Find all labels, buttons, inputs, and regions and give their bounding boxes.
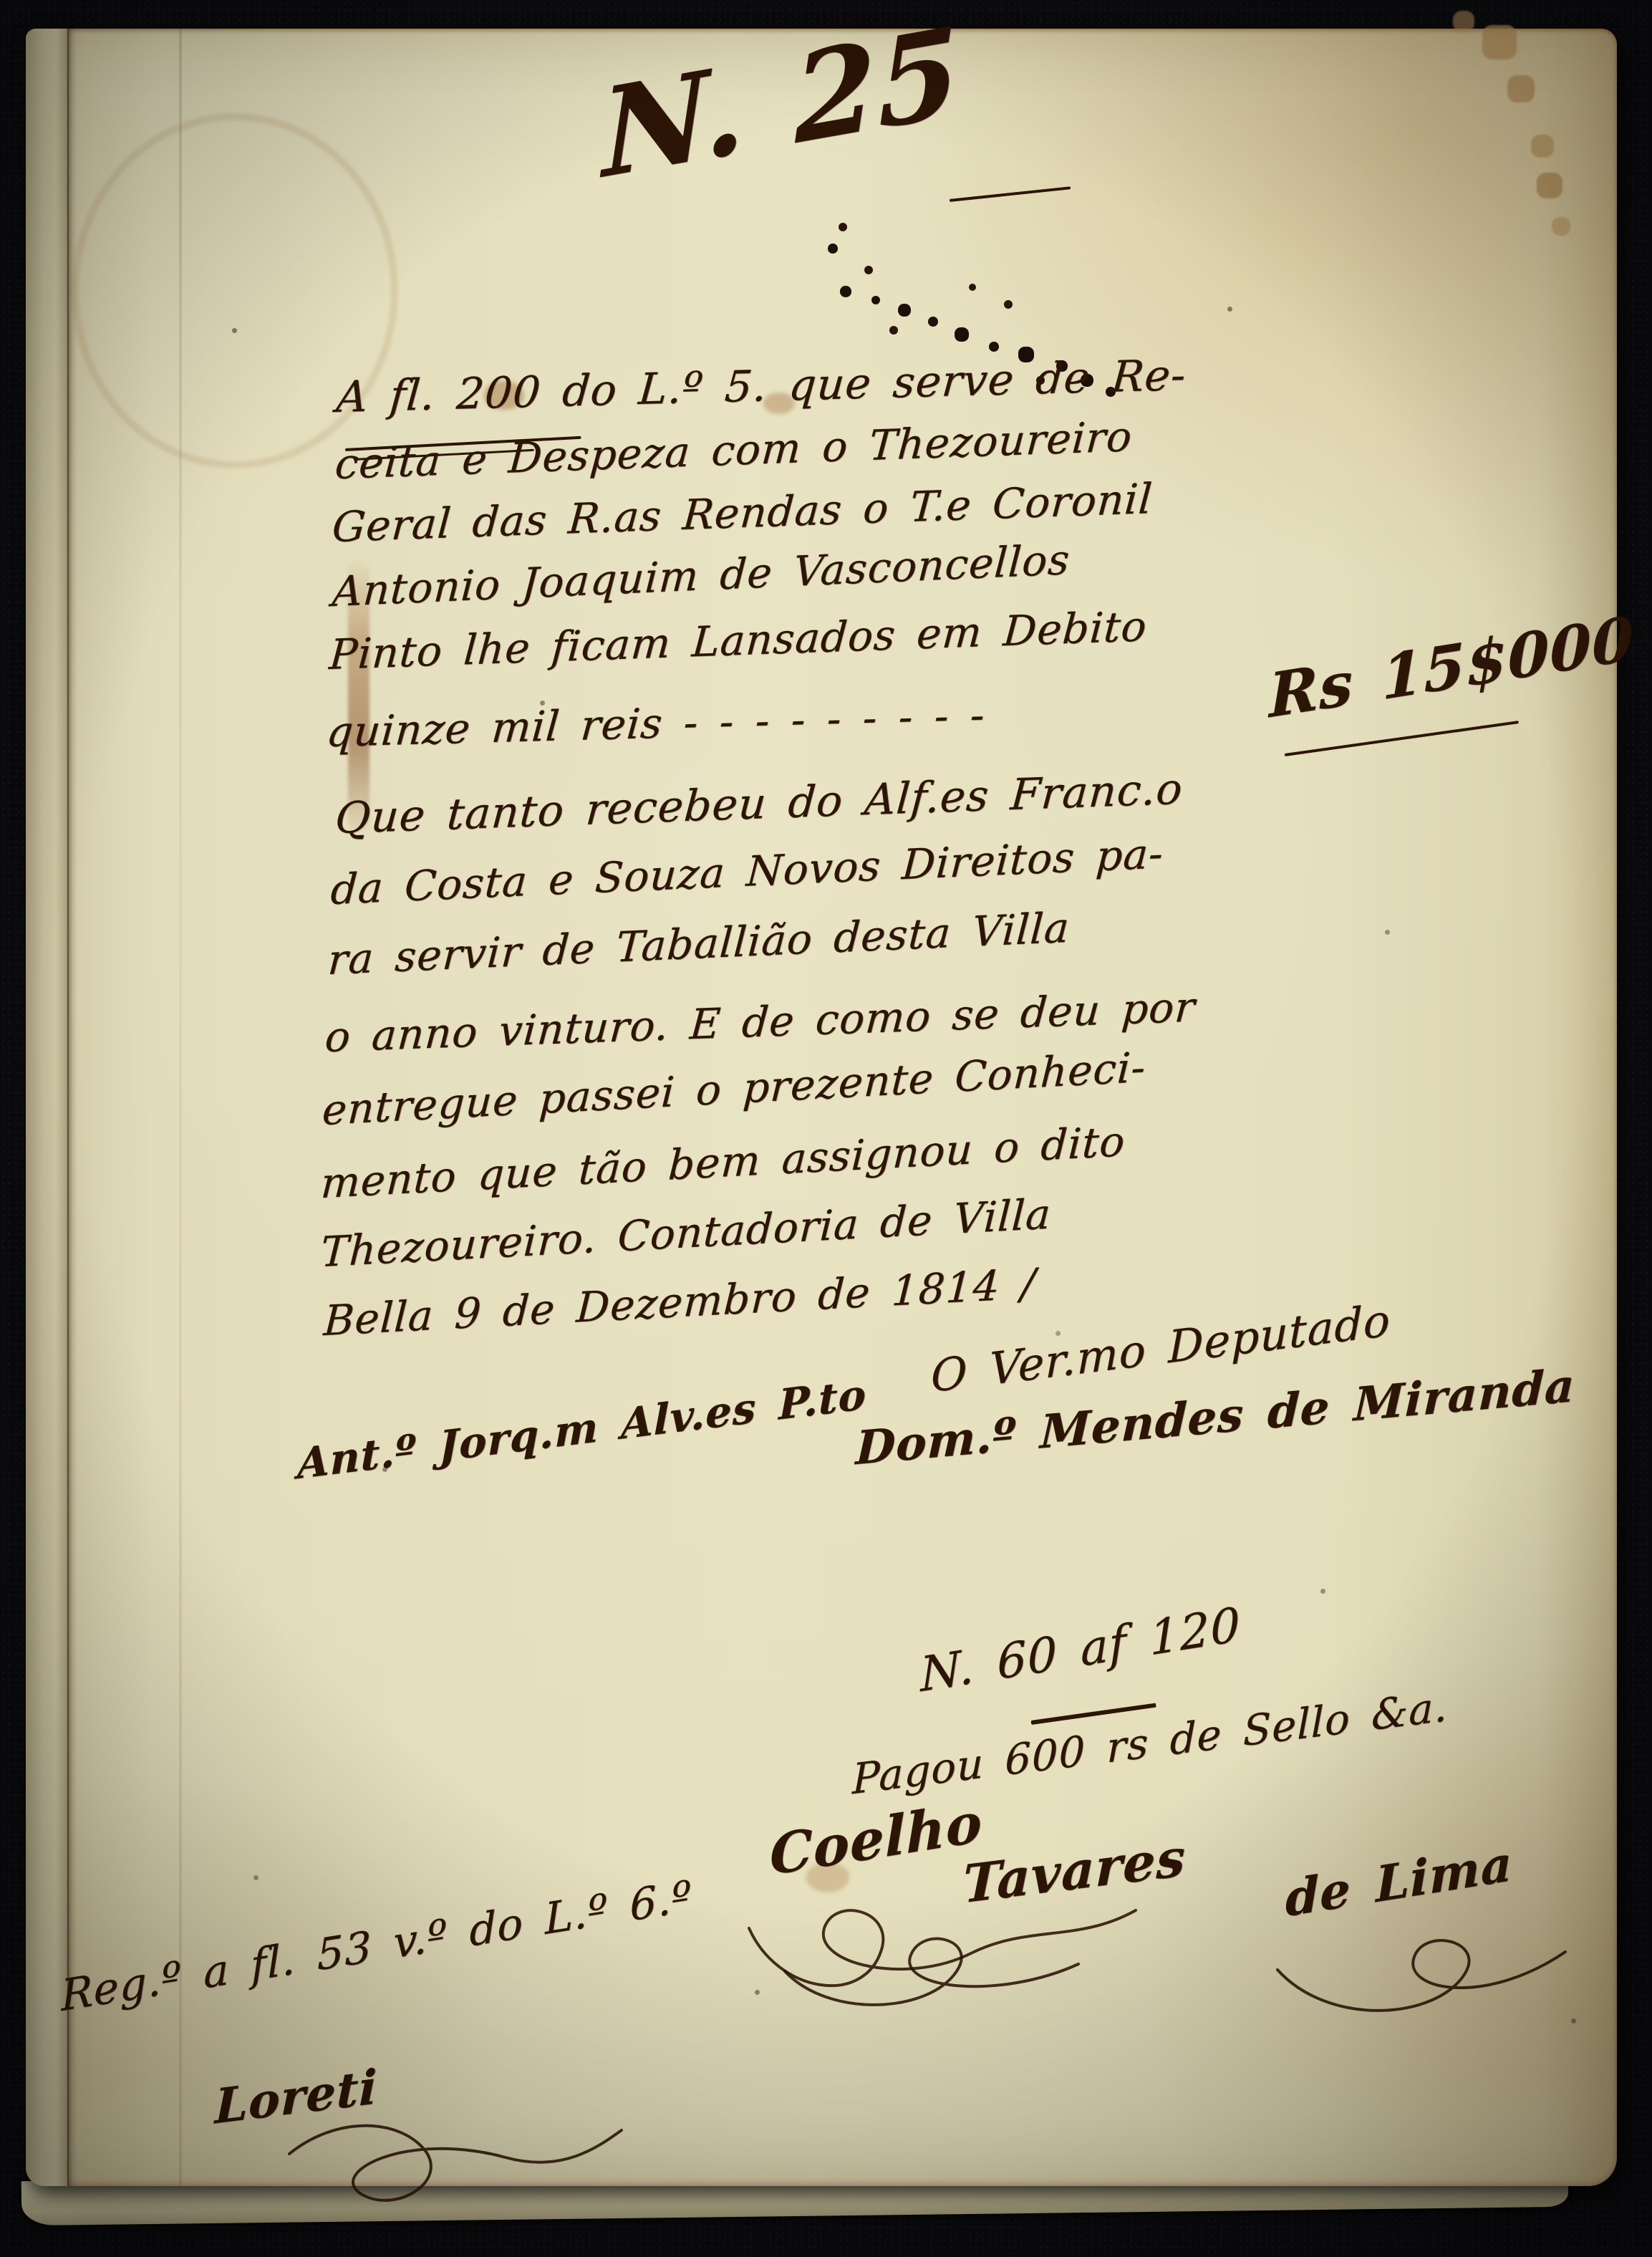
wormhole-stains	[1451, 29, 1457, 34]
manuscript-line: Bella 9 de Dezembro de 1814 /	[322, 1259, 1037, 1345]
signature-delima: de Lima	[1285, 1834, 1513, 1928]
registry-line: Reg.º a fl. 53 v.º do L.º 6.º	[60, 1871, 693, 2021]
left-fold-edge	[26, 29, 69, 2186]
fold-crease-line	[67, 29, 77, 2186]
manuscript-line: ra servir de Taballião desta Villa	[327, 903, 1071, 984]
amount-underline	[1285, 721, 1519, 756]
signature-flourish	[742, 1885, 1143, 2029]
manuscript-line: ceita e Despeza com o Thezoureiro	[334, 412, 1134, 489]
signature-coelho: Coelho	[769, 1790, 982, 1888]
ink-splatter	[823, 276, 828, 281]
amount-reis: Rs 15$000	[1268, 602, 1634, 732]
manuscript-line: da Costa e Souza Novos Direitos pa-	[329, 829, 1165, 914]
header-flourish-line	[950, 186, 1071, 202]
stamp-number-line: N. 60 af 120	[919, 1597, 1242, 1703]
signature-flourish	[284, 2114, 627, 2222]
manuscript-line: quinze mil reis - - - - - - - - -	[324, 690, 987, 756]
signature-left: Ant.º Jorq.m Alv.es P.to	[297, 1370, 866, 1488]
photo-background: N. 25 A fl. 200 do L.º 5. que serve de R…	[0, 0, 1652, 2257]
document-number: N. 25	[599, 0, 963, 206]
paper-specks	[169, 244, 171, 246]
manuscript-line: Que tanto recebeu do Alf.es Franc.o	[334, 764, 1185, 844]
signature-flourish	[1272, 1920, 1573, 2034]
manuscript-line: Pinto lhe ficam Lansados em Debito	[328, 602, 1149, 679]
stamp-paid-line: Pagou 600 rs de Sello &a.	[852, 1682, 1448, 1804]
manuscript-page: N. 25 A fl. 200 do L.º 5. que serve de R…	[26, 29, 1617, 2186]
manuscript-line: A fl. 200 do L.º 5. que serve de Re-	[334, 350, 1188, 423]
